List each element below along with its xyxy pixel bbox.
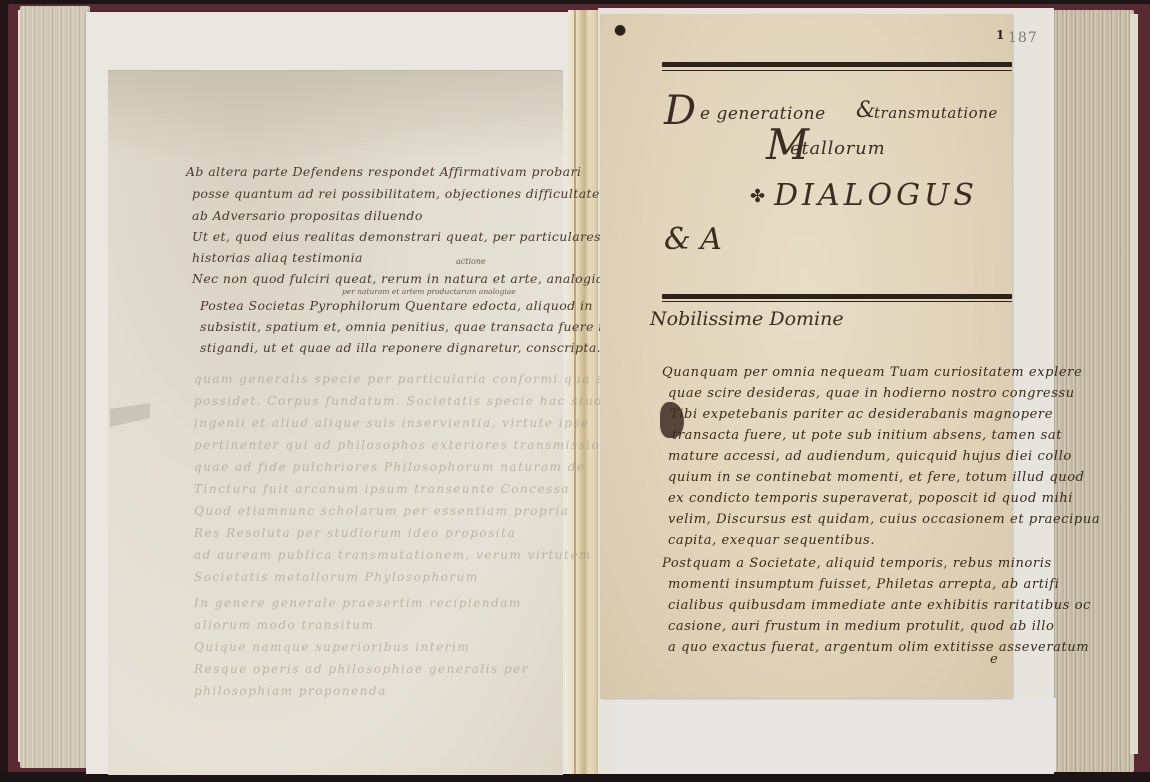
gutter-fold (574, 10, 576, 774)
p1-line-1: Quanquam per omnia nequeam Tuam curiosit… (662, 365, 1082, 380)
left-line-5: historias aliaq testimonia (192, 250, 363, 265)
left-line-4: Ut et, quod eius realitas demonstrari qu… (192, 229, 601, 244)
bleed-line: Societatis metallorum Phylosophorum (194, 570, 479, 584)
title-line4: & A (664, 222, 722, 257)
left-line-8: subsistit, spatium et, omnia penitius, q… (200, 319, 626, 334)
bleed-line: In genere generale praesertim recipienda… (194, 596, 522, 610)
top-mark: 1 (996, 28, 1004, 42)
p2-line-1: Postquam a Societate, aliquid temporis, … (662, 556, 1052, 571)
left-line-7: Postea Societas Pyrophilorum Quentare ed… (200, 298, 593, 313)
title-line1-end: transmutatione (874, 104, 998, 122)
left-line-9: stigandi, ut et quae ad illa reponere di… (200, 340, 601, 355)
p1-line-2: quae scire desideras, quae in hodierno n… (668, 386, 1075, 401)
bleed-line: Resque operis ad philosophiae generalis … (194, 662, 529, 676)
left-line-1: Ab altera parte Defendens respondet Affi… (186, 164, 581, 179)
title-initial-d: D (664, 88, 696, 134)
right-flyleaf-edge (1130, 14, 1138, 754)
bleed-line: quae ad fide pulchriores Philosophorum n… (194, 460, 586, 474)
bleed-line: Res Resoluta per studiorum ideo proposit… (194, 526, 516, 540)
left-text-block-edges (20, 6, 90, 768)
bleed-line: ad auream publica transmutationem, verum… (194, 548, 592, 562)
title-line3: DIALOGUS (774, 178, 978, 213)
p1-line-9: capita, exequar sequentibus. (668, 533, 875, 548)
catchword: e (990, 652, 998, 667)
p1-line-4: transacta fuere, ut pote sub initium abs… (672, 428, 1062, 443)
water-stain (108, 70, 563, 160)
title-ampersand: & (856, 98, 876, 123)
section-rule-thin (662, 301, 1012, 302)
p2-line-3: cialibus quibusdam immediate ante exhibi… (668, 598, 1091, 613)
p1-line-6: quium in se continebat momenti, et fere,… (668, 470, 1085, 485)
section-rule (662, 294, 1012, 299)
gutter (568, 10, 598, 774)
title-line2: etallorum (790, 138, 885, 159)
p1-line-3: Tibi expetebanis pariter ac desiderabani… (670, 407, 1053, 422)
bleed-line: ingenii et aliud alique suis inservienti… (194, 416, 590, 430)
bleed-line: Quod etiamnunc scholarum per essentiam p… (194, 504, 569, 518)
bleed-line: Quique namque superioribus interim (194, 640, 470, 654)
right-mount-paper-lower (616, 698, 1056, 772)
bleed-line: aliorum modo transitum (194, 618, 374, 632)
top-rule (662, 62, 1012, 67)
left-line-3: ab Adversario propositas diluendo (192, 208, 423, 223)
p1-line-7: ex condicto temporis superaverat, poposc… (668, 491, 1073, 506)
folio-number: 187 (1008, 30, 1038, 46)
bleed-line: possidet. Corpus fundatum. Societatis sp… (194, 394, 634, 408)
bleed-line: philosophiam proponenda (194, 684, 387, 698)
interlinear-below: per naturam et artem productarum analogi… (342, 287, 516, 296)
p1-line-8: velim, Discursus est quidam, cuius occas… (668, 512, 1100, 527)
bleed-line: Tinctura fuit arcanum ipsum transeunte C… (194, 482, 570, 496)
top-rule-thin (662, 70, 1012, 71)
interlinear-above: actione (456, 257, 486, 266)
left-line-2: posse quantum ad rei possibilitatem, obj… (192, 186, 615, 201)
flourish-icon: ✤ (750, 186, 765, 207)
p2-line-2: momenti insumptum fuisset, Philetas arre… (668, 577, 1059, 592)
p1-line-5: mature accessi, ad audiendum, quicquid h… (668, 449, 1072, 464)
p2-line-5: a quo exactus fuerat, argentum olim exti… (668, 640, 1089, 655)
bleed-line: pertinenter qui ad philosophos exteriore… (194, 438, 626, 452)
salutation: Nobilissime Domine (650, 308, 844, 330)
p2-line-4: casione, auri frustum in medium protulit… (668, 619, 1054, 634)
left-line-6: Nec non quod fulciri queat, rerum in nat… (192, 271, 604, 286)
ink-blot-mark: ● (614, 22, 626, 38)
bleed-line: quam generalis specie per particularia c… (194, 372, 658, 386)
